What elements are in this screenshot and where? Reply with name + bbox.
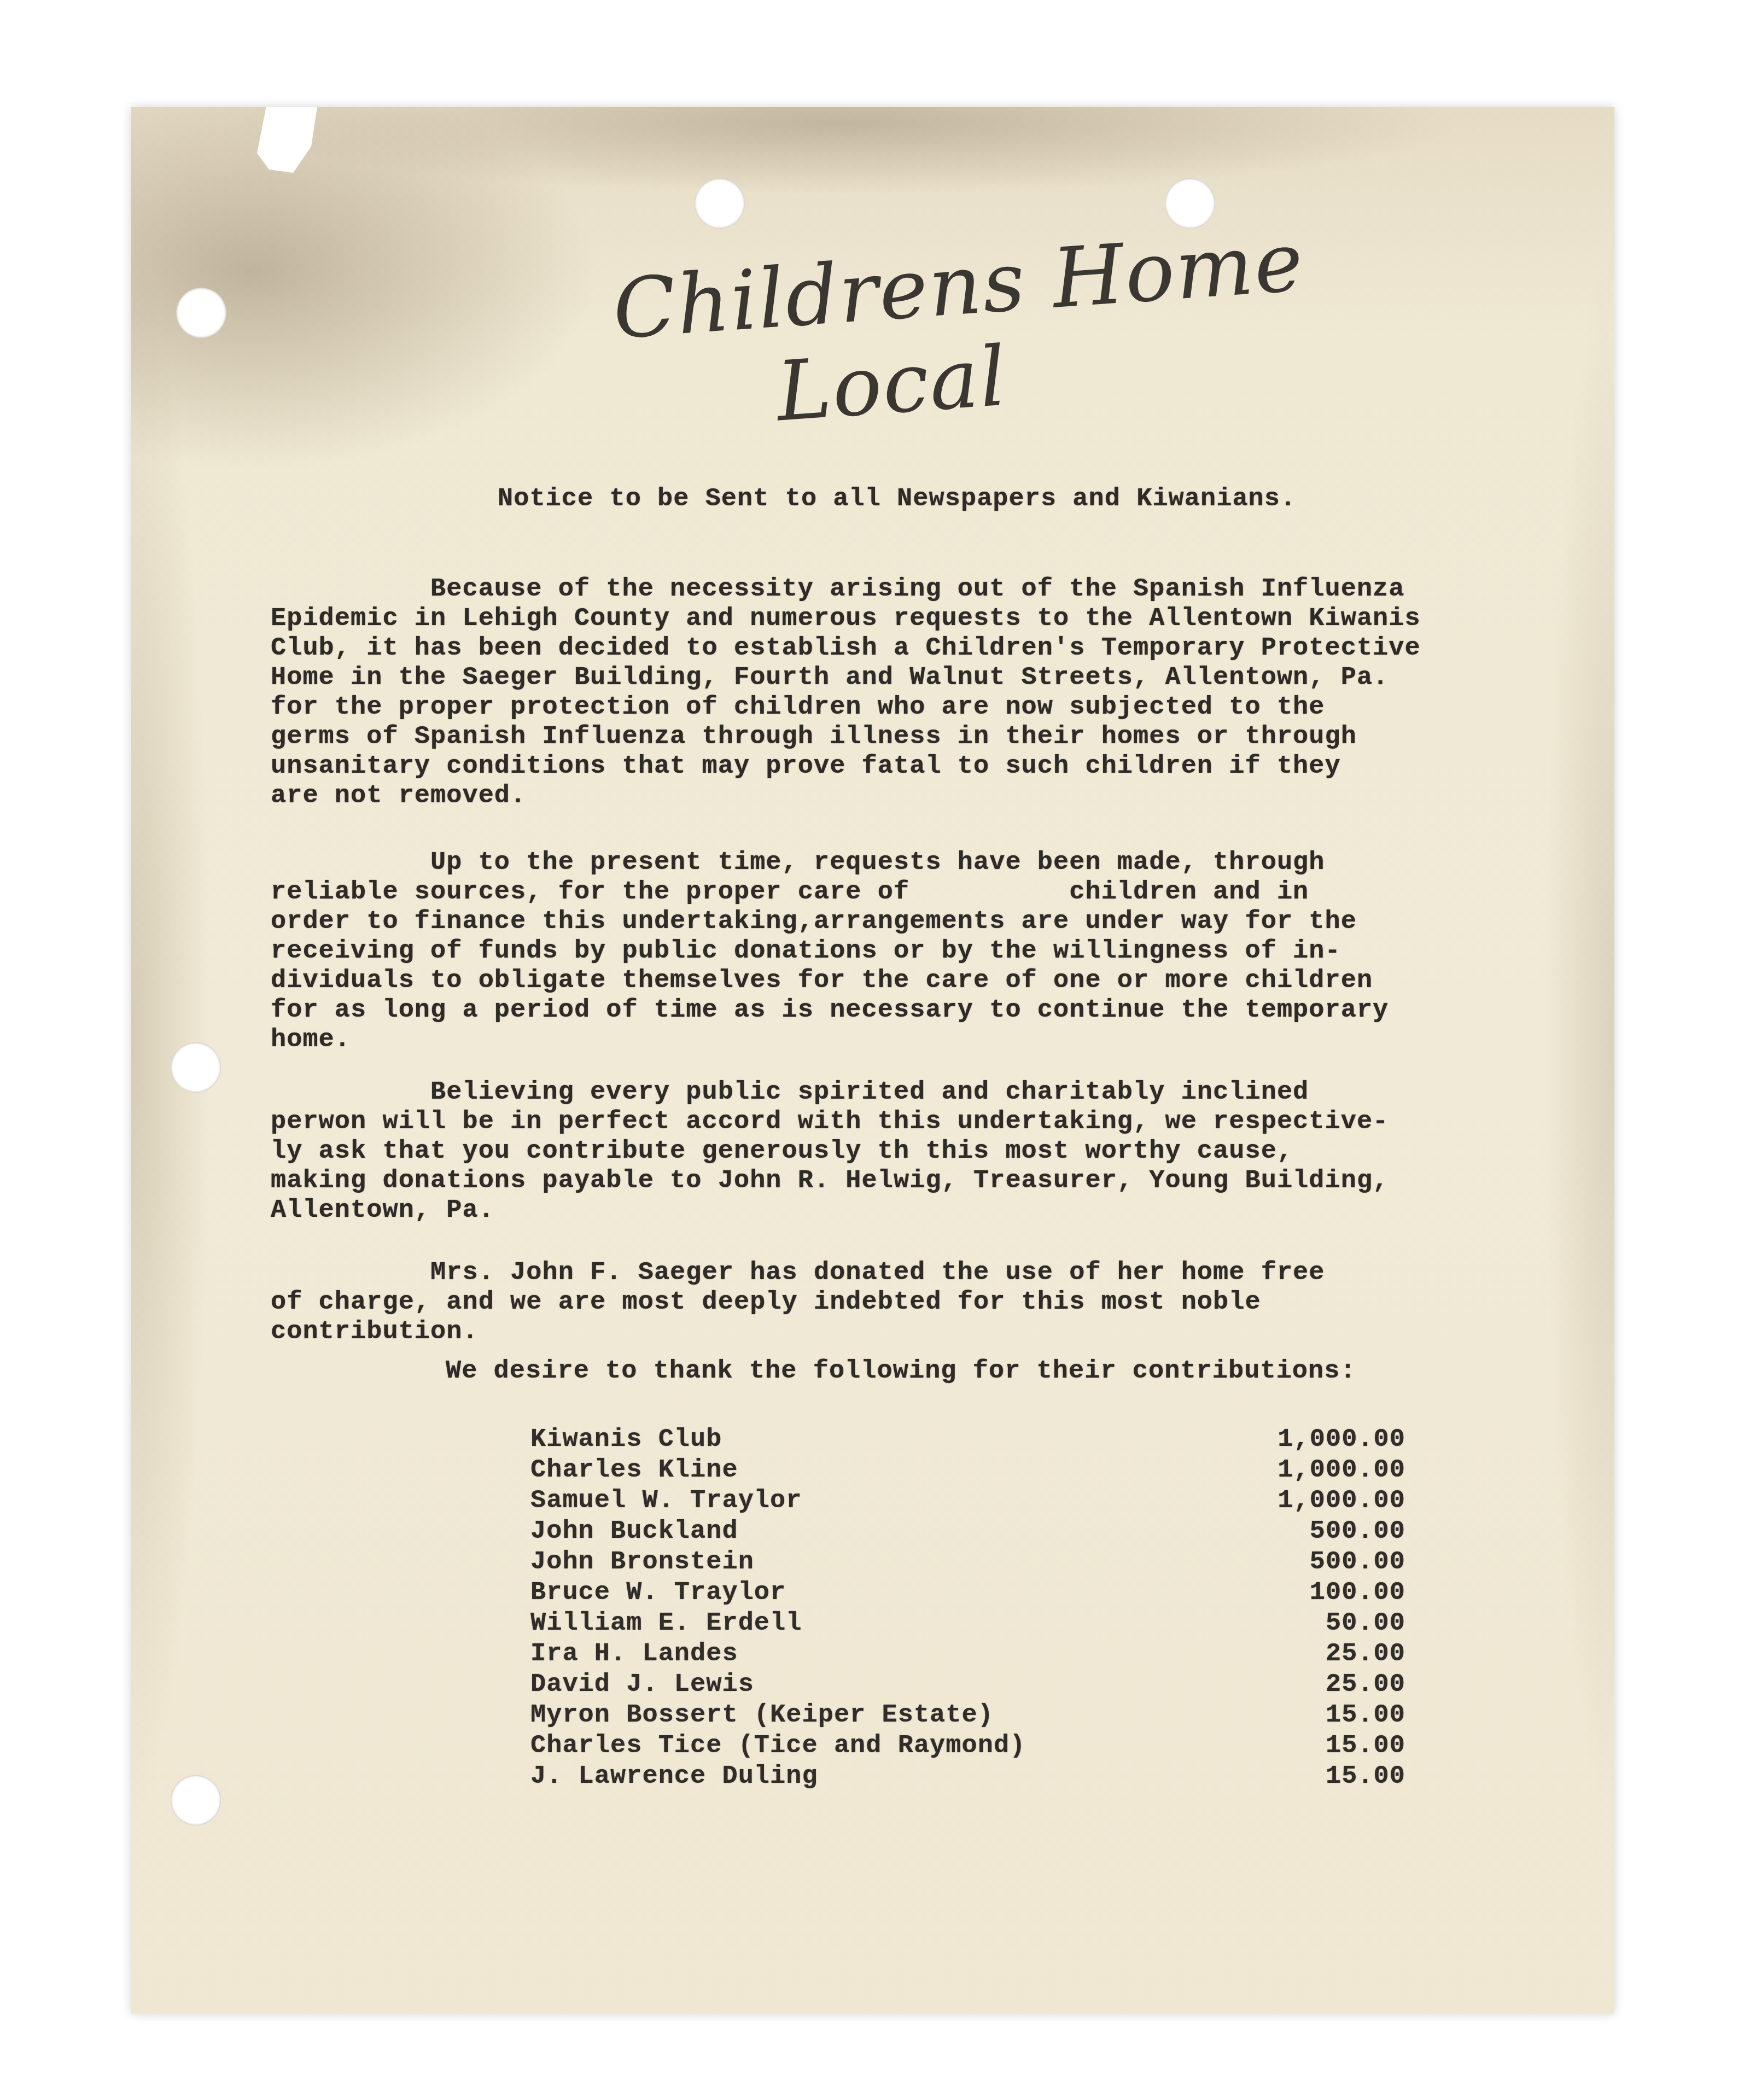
paragraph-influenza-home: Because of the necessity arising out of …: [271, 575, 1583, 811]
contribution-amount: 15.00: [1263, 1701, 1405, 1731]
contribution-row: Charles Tice (Tice and Raymond)15.00: [530, 1731, 1405, 1762]
contributor-name: Ira H. Landes: [530, 1640, 738, 1670]
punch-hole-left-middle: [171, 1042, 221, 1093]
paragraph-appeal: Believing every public spirited and char…: [271, 1078, 1583, 1226]
contribution-amount: 100.00: [1263, 1578, 1405, 1609]
contribution-amount: 15.00: [1263, 1731, 1405, 1762]
contributor-name: Samuel W. Traylor: [530, 1486, 802, 1517]
contributor-name: David J. Lewis: [530, 1670, 754, 1701]
contributions-list: Kiwanis Club1,000.00 Charles Kline1,000.…: [530, 1425, 1405, 1793]
contributor-name: John Bronstein: [530, 1548, 754, 1578]
torn-corner: [257, 107, 317, 173]
contribution-row: Kiwanis Club1,000.00: [530, 1425, 1405, 1456]
contributor-name: Charles Tice (Tice and Raymond): [530, 1731, 1025, 1762]
contribution-row: Myron Bossert (Keiper Estate)15.00: [530, 1701, 1405, 1731]
punch-hole-top-left: [695, 178, 745, 229]
contribution-amount: 500.00: [1263, 1517, 1405, 1548]
contribution-row: John Buckland500.00: [530, 1517, 1405, 1548]
contribution-amount: 1,000.00: [1263, 1425, 1405, 1456]
punch-hole-left-upper: [176, 288, 226, 338]
document-title: Notice to be Sent to all Newspapers and …: [498, 485, 1296, 514]
handwritten-annotation-line2: Local: [773, 329, 1010, 440]
contributor-name: William E. Erdell: [530, 1609, 802, 1640]
contribution-amount: 500.00: [1263, 1548, 1405, 1578]
contribution-amount: 25.00: [1263, 1670, 1405, 1701]
contributor-name: J. Lawrence Duling: [530, 1762, 818, 1793]
contribution-row: Ira H. Landes25.00: [530, 1640, 1405, 1670]
contributor-name: Myron Bossert (Keiper Estate): [530, 1701, 994, 1731]
contribution-row: Bruce W. Traylor100.00: [530, 1578, 1405, 1609]
contribution-amount: 25.00: [1263, 1640, 1405, 1670]
contribution-row: J. Lawrence Duling15.00: [530, 1762, 1405, 1793]
paragraph-funding: Up to the present time, requests have be…: [271, 848, 1583, 1055]
thanks-heading: We desire to thank the following for the…: [446, 1357, 1356, 1386]
contributor-name: Kiwanis Club: [530, 1425, 722, 1456]
contribution-amount: 50.00: [1263, 1609, 1405, 1640]
contribution-row: Samuel W. Traylor1,000.00: [530, 1486, 1405, 1517]
contribution-row: Charles Kline1,000.00: [530, 1456, 1405, 1486]
punch-hole-left-lower: [171, 1775, 221, 1825]
contributor-name: John Buckland: [530, 1517, 738, 1548]
contribution-amount: 1,000.00: [1263, 1456, 1405, 1486]
contributor-name: Charles Kline: [530, 1456, 738, 1486]
contribution-row: William E. Erdell50.00: [530, 1609, 1405, 1640]
contributor-name: Bruce W. Traylor: [530, 1578, 786, 1609]
contribution-amount: 1,000.00: [1263, 1486, 1405, 1517]
contribution-row: John Bronstein500.00: [530, 1548, 1405, 1578]
document-page: Childrens Home Local Notice to be Sent t…: [131, 107, 1614, 2014]
contribution-amount: 15.00: [1263, 1762, 1405, 1793]
contribution-row: David J. Lewis25.00: [530, 1670, 1405, 1701]
paragraph-saeger-donation: Mrs. John F. Saeger has donated the use …: [271, 1258, 1583, 1347]
